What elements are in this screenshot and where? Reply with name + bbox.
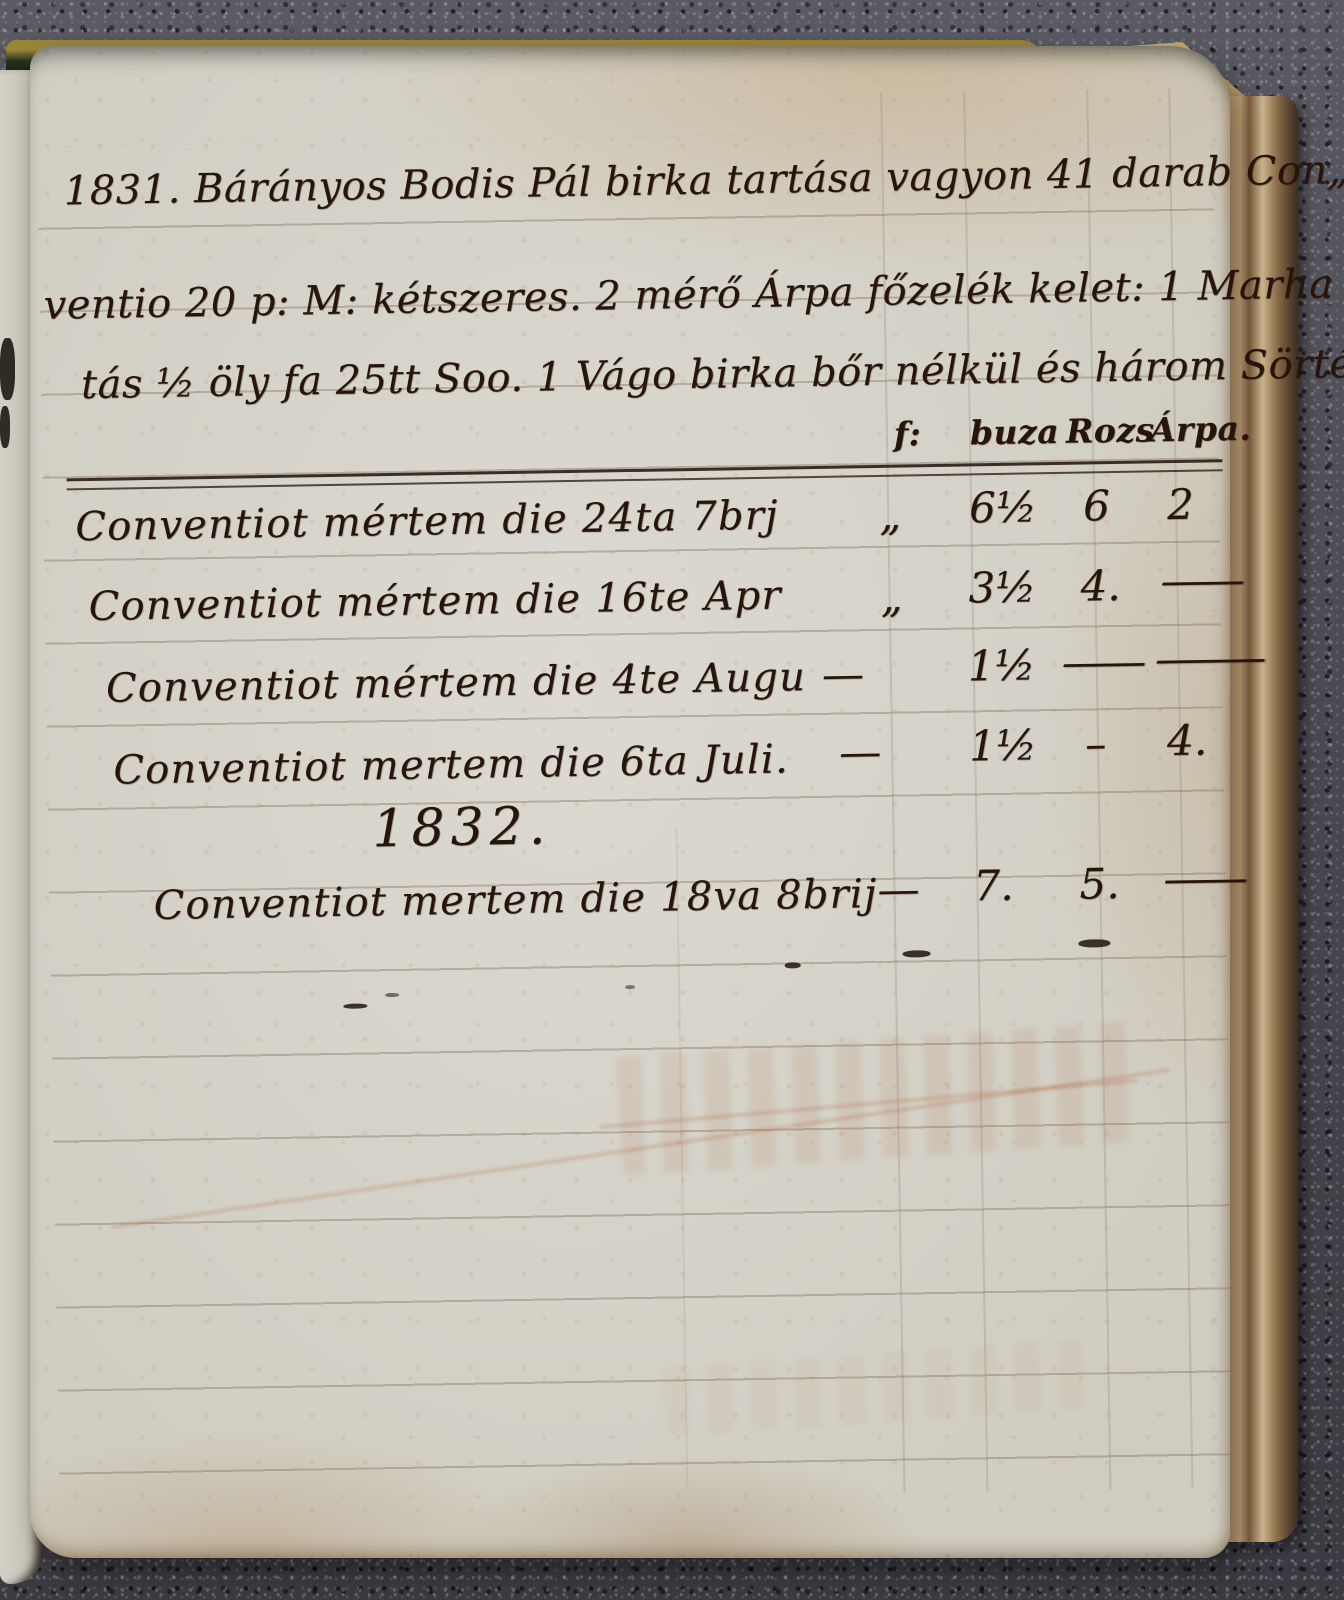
cell-arpa: 2 — [1167, 480, 1195, 529]
cell-buza: 1½ — [967, 640, 1035, 690]
column-header-arpa: Árpa. — [1150, 409, 1252, 450]
column-header-rozs: Rozs — [1066, 410, 1155, 450]
cell-arpa: 4. — [1167, 716, 1208, 766]
cell-f: „ — [880, 573, 903, 622]
cell-rozs: – — [1085, 719, 1107, 768]
cell-buza: 6½ — [969, 482, 1037, 532]
ink-smudge — [785, 962, 801, 968]
cell-rozs: 4. — [1080, 561, 1121, 611]
cell-buza: 3½ — [968, 562, 1036, 612]
ink-smudge — [385, 993, 399, 997]
photo-scene: 1831. Bárányos Bodis Pál birka tartása v… — [0, 0, 1344, 1600]
manuscript-page: 1831. Bárányos Bodis Pál birka tartása v… — [30, 46, 1230, 1558]
column-header-f: f: — [894, 414, 922, 453]
cell-arpa: — — [1151, 632, 1269, 683]
ink-smudge — [625, 985, 635, 989]
cell-rozs: — — [1059, 636, 1148, 686]
year-divider: 1832. — [372, 796, 552, 859]
cell-rozs: 5. — [1079, 859, 1120, 909]
cell-buza: 7. — [973, 861, 1014, 911]
column-header-buza: buza — [970, 412, 1060, 452]
binding-mark — [0, 406, 10, 448]
cell-f: „ — [879, 491, 902, 540]
page-content: 1831. Bárányos Bodis Pál birka tartása v… — [21, 27, 1246, 1559]
cell-rozs: 6 — [1083, 481, 1111, 530]
ruled-lines — [37, 127, 1236, 1546]
cell-arpa: — — [1158, 555, 1247, 605]
cell-f: — — [821, 649, 864, 699]
cell-f: — — [877, 864, 920, 914]
binding-mark — [0, 338, 15, 400]
cell-arpa: — — [1161, 853, 1250, 903]
cell-buza: 1½ — [969, 720, 1037, 770]
cell-f: — — [839, 727, 882, 777]
